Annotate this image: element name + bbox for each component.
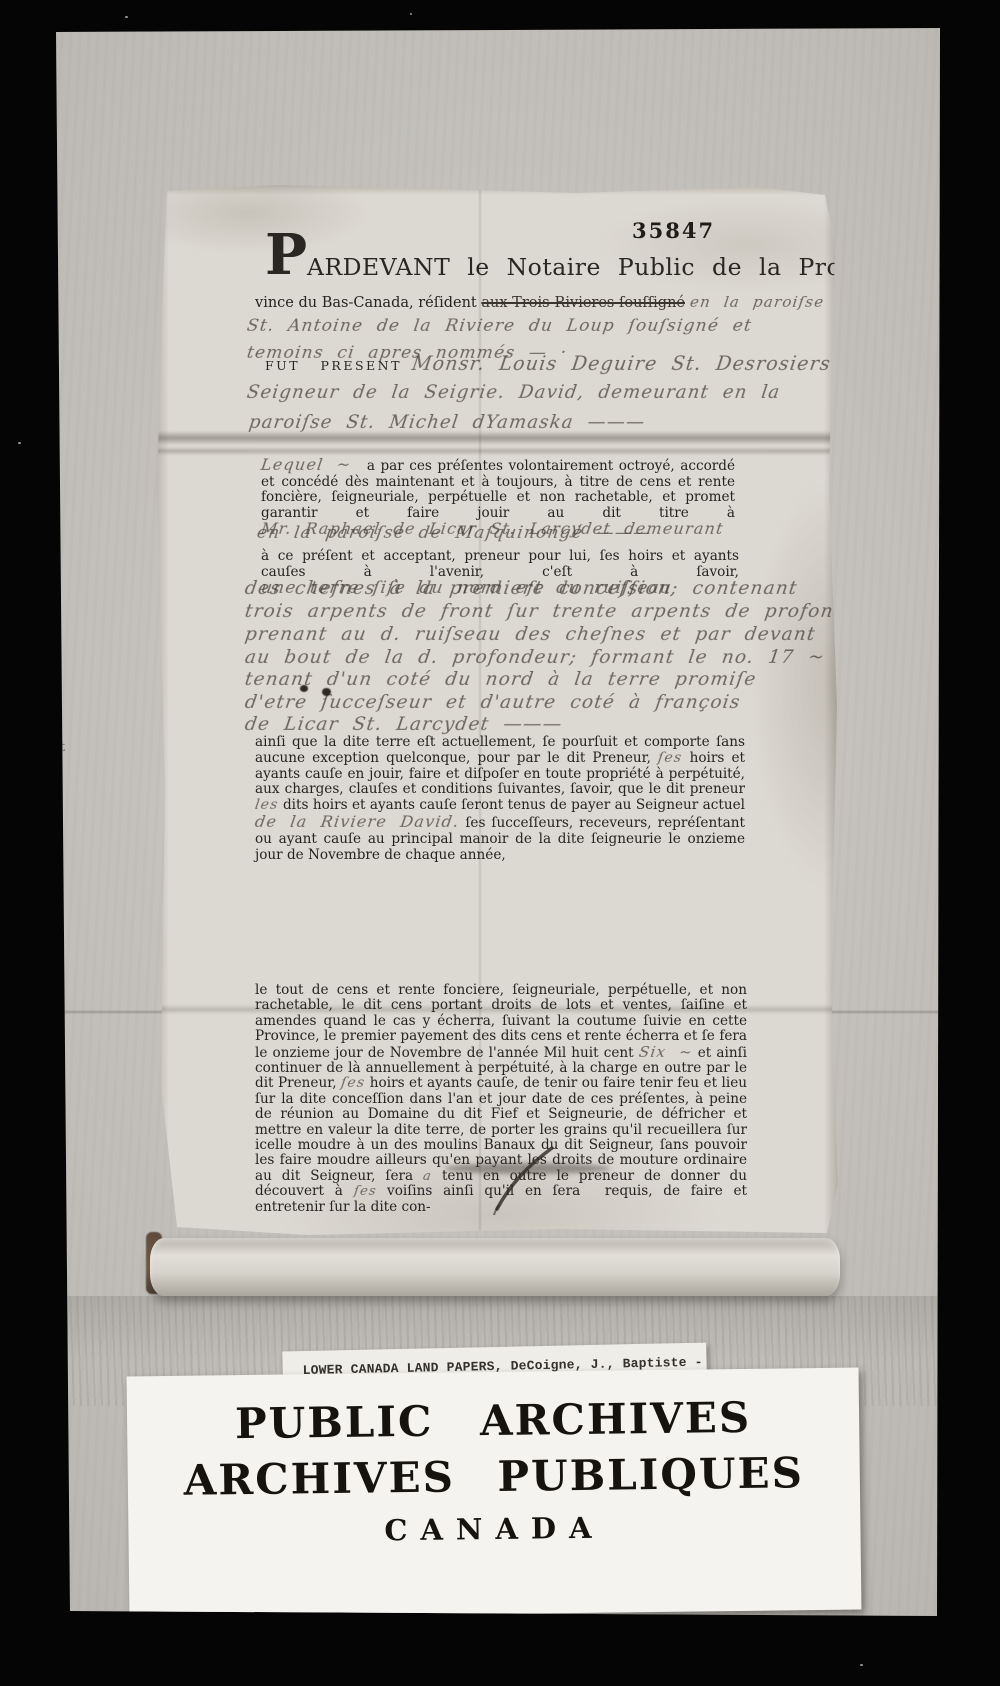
handwritten-line: tenant d'un coté du nord à la terre prom… bbox=[244, 669, 758, 690]
archives-card-line3: CANADA bbox=[128, 1508, 860, 1551]
tenure-hw-2: les bbox=[254, 798, 280, 812]
dust-speck bbox=[18, 442, 21, 444]
fut-present-label: FUT PRESENT bbox=[265, 358, 402, 373]
conditions-hw-1: Six ~ bbox=[638, 1045, 694, 1060]
heading-line2-struck-text: aux Trois-Rivieres ſouſſigné bbox=[481, 295, 685, 311]
ink-blot bbox=[322, 688, 331, 696]
conditions-printed-5: voiſins ainſi qu'il en ſera bbox=[387, 1183, 580, 1199]
ink-blot bbox=[300, 685, 308, 692]
heading-line2-handwriting: en la paroiſse bbox=[689, 295, 825, 310]
handwritten-line: de Licar St. Larcydet ——— bbox=[244, 714, 564, 735]
handwritten-line: paroiſse St. Michel dYamaska ——— bbox=[248, 412, 647, 433]
tenure-hw-1: ſes bbox=[657, 751, 683, 765]
document-page: 35847 P ARDEVANT le Notaire Public de la… bbox=[157, 185, 840, 1237]
conditions-hw-2: ſes bbox=[340, 1076, 366, 1090]
photo-backing: t 35847 P ARDEVANT le Notaire Public de … bbox=[52, 26, 944, 1618]
handwritten-line: au bout de la d. profondeur; formant le … bbox=[244, 647, 827, 668]
present-party-handwriting: Monsr. Louis Deguire St. Desrosiers — bbox=[411, 355, 867, 374]
ink-smudge bbox=[445, 1163, 610, 1174]
handwritten-line: trois arpents de front ſur trente arpent… bbox=[244, 601, 884, 622]
paragraph-tenure: ainſi que la dite terre eſt actuellement… bbox=[255, 735, 745, 863]
handwritten-line: St. Antoine de la Riviere du Loup ſouſsi… bbox=[246, 316, 754, 336]
horizontal-crease bbox=[157, 431, 840, 445]
paragraph-conditions: le tout de cens et rente fonciere, ſeign… bbox=[255, 983, 747, 1215]
archives-card-line1: PUBLIC ARCHIVES bbox=[127, 1392, 860, 1450]
archives-card: PUBLIC ARCHIVES ARCHIVES PUBLIQUES CANAD… bbox=[127, 1368, 862, 1619]
dust-speck bbox=[860, 1664, 863, 1666]
handwritten-line: prenant au d. ruiſseau des cheſnes et pa… bbox=[244, 624, 818, 645]
heading-line2: vince du Bas-Canada, réſident aux Trois-… bbox=[255, 295, 824, 312]
heading-title: ARDEVANT le Notaire Public de la Pro- bbox=[307, 253, 850, 281]
tenure-hw-3: de la Riviere David. bbox=[254, 814, 461, 830]
tenure-printed-3: dits hoirs et ayants cauſe ſeront tenus … bbox=[283, 797, 745, 813]
dust-speck bbox=[410, 13, 412, 15]
margin-mark: t bbox=[60, 740, 65, 755]
handwritten-line: des cheſnes à la premiere conceſsion; co… bbox=[244, 578, 800, 599]
curled-page-bottom bbox=[150, 1238, 840, 1296]
dust-speck bbox=[125, 16, 128, 18]
archive-number-stamp: 35847 bbox=[632, 218, 715, 243]
premises-printed-text: à ce préſent et acceptant, preneur pour … bbox=[261, 548, 739, 580]
conditions-hw-3: a bbox=[422, 1170, 433, 1183]
heading-line2-printed: vince du Bas-Canada, réſident bbox=[255, 295, 477, 311]
horizontal-crease bbox=[157, 447, 840, 455]
grant-lead-handwriting: Lequel ~ bbox=[260, 457, 353, 473]
handwritten-line: d'etre ſucceſseur et d'autre coté à fran… bbox=[244, 692, 743, 713]
fut-present-line: FUT PRESENT Monsr. Louis Deguire St. Des… bbox=[265, 355, 866, 375]
conditions-hw-4: ſes bbox=[353, 1185, 378, 1198]
handwritten-line: Seigneur de la Seigrie. David, demeurant… bbox=[246, 382, 782, 403]
archives-card-line2: ARCHIVES PUBLIQUES bbox=[128, 1448, 861, 1506]
drop-cap: P bbox=[265, 227, 307, 283]
handwritten-line: en la paroiſse de Maſquinongé ——— bbox=[256, 523, 653, 543]
photostat-frame: t 35847 P ARDEVANT le Notaire Public de … bbox=[0, 0, 1000, 1686]
